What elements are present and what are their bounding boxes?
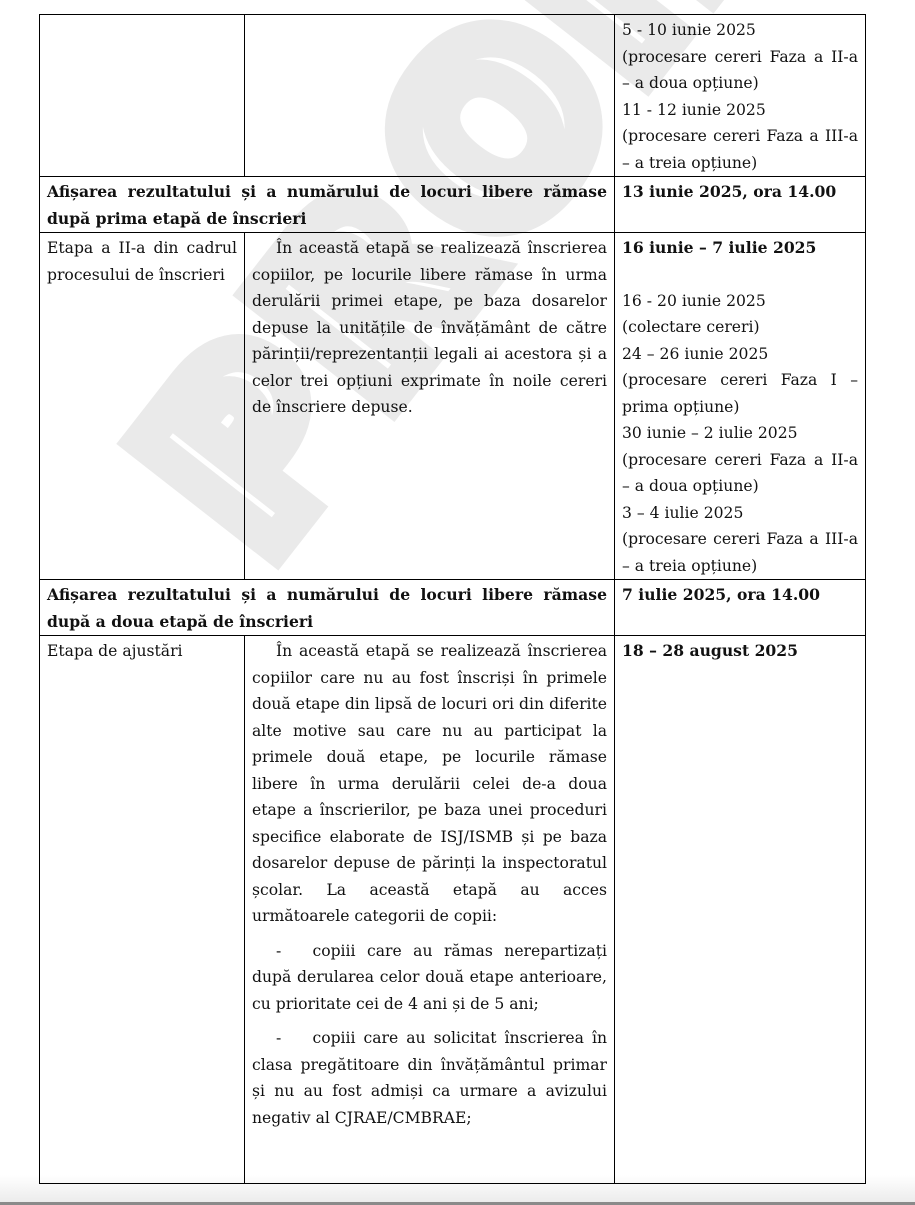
schedule-cell: 16 iunie – 7 iulie 2025 16 - 20 iunie 20… — [615, 233, 866, 580]
schedule-date: 5 - 10 iunie 2025 — [622, 17, 858, 44]
spacer — [622, 262, 858, 288]
stage-description-cell — [245, 15, 615, 177]
schedule-date: 16 - 20 iunie 2025 — [622, 288, 858, 315]
schedule-date: 11 - 12 iunie 2025 — [622, 97, 858, 124]
schedule-note: (procesare cereri Faza I – prima opțiune… — [622, 367, 858, 420]
announcement-date: 7 iulie 2025, ora 14.00 — [615, 580, 866, 636]
schedule-date: 30 iunie – 2 iulie 2025 — [622, 420, 858, 447]
eligibility-bullet: - copiii care au rămas nerepartizați dup… — [252, 938, 607, 1018]
stage-description-cell: În această etapă se realizează înscriere… — [245, 233, 615, 580]
stage-description-text: În această etapă se realizează înscriere… — [252, 638, 607, 930]
table-row: Afișarea rezultatului și a numărului de … — [40, 580, 866, 636]
table-row: Etapa a II-a din cadrul procesului de în… — [40, 233, 866, 580]
schedule-note: (procesare cereri Faza a II-a – a doua o… — [622, 44, 858, 97]
stage-name-cell: Etapa de ajustări — [40, 636, 245, 1184]
announcement-label: Afișarea rezultatului și a numărului de … — [40, 177, 615, 233]
schedule-note: (colectare cereri) — [622, 314, 858, 341]
schedule-note: (procesare cereri Faza a III-a – a treia… — [622, 526, 858, 579]
stage-period: 18 – 28 august 2025 — [615, 636, 866, 1184]
schedule-date: 3 – 4 iulie 2025 — [622, 500, 858, 527]
schedule-cell: 5 - 10 iunie 2025 (procesare cereri Faza… — [615, 15, 866, 177]
schedule-note: (procesare cereri Faza a II-a – a doua o… — [622, 447, 858, 500]
stage-description-cell: În această etapă se realizează înscriere… — [245, 636, 615, 1184]
eligibility-bullet: - copiii care au solicitat înscrierea în… — [252, 1025, 607, 1131]
table-row: Etapa de ajustări În această etapă se re… — [40, 636, 866, 1184]
document-page: PROIECT 5 - 10 iunie 2025 (procesare cer… — [0, 0, 915, 1175]
table-row: 5 - 10 iunie 2025 (procesare cereri Faza… — [40, 15, 866, 177]
stage-name-cell: Etapa a II-a din cadrul procesului de în… — [40, 233, 245, 580]
table-row: Afișarea rezultatului și a numărului de … — [40, 177, 866, 233]
schedule-date: 24 – 26 iunie 2025 — [622, 341, 858, 368]
announcement-date: 13 iunie 2025, ora 14.00 — [615, 177, 866, 233]
stage-period: 16 iunie – 7 iulie 2025 — [622, 235, 858, 262]
stage-name-cell — [40, 15, 245, 177]
announcement-label: Afișarea rezultatului și a numărului de … — [40, 580, 615, 636]
schedule-note: (procesare cereri Faza a III-a – a treia… — [622, 123, 858, 176]
enrollment-schedule-table: 5 - 10 iunie 2025 (procesare cereri Faza… — [39, 14, 866, 1184]
